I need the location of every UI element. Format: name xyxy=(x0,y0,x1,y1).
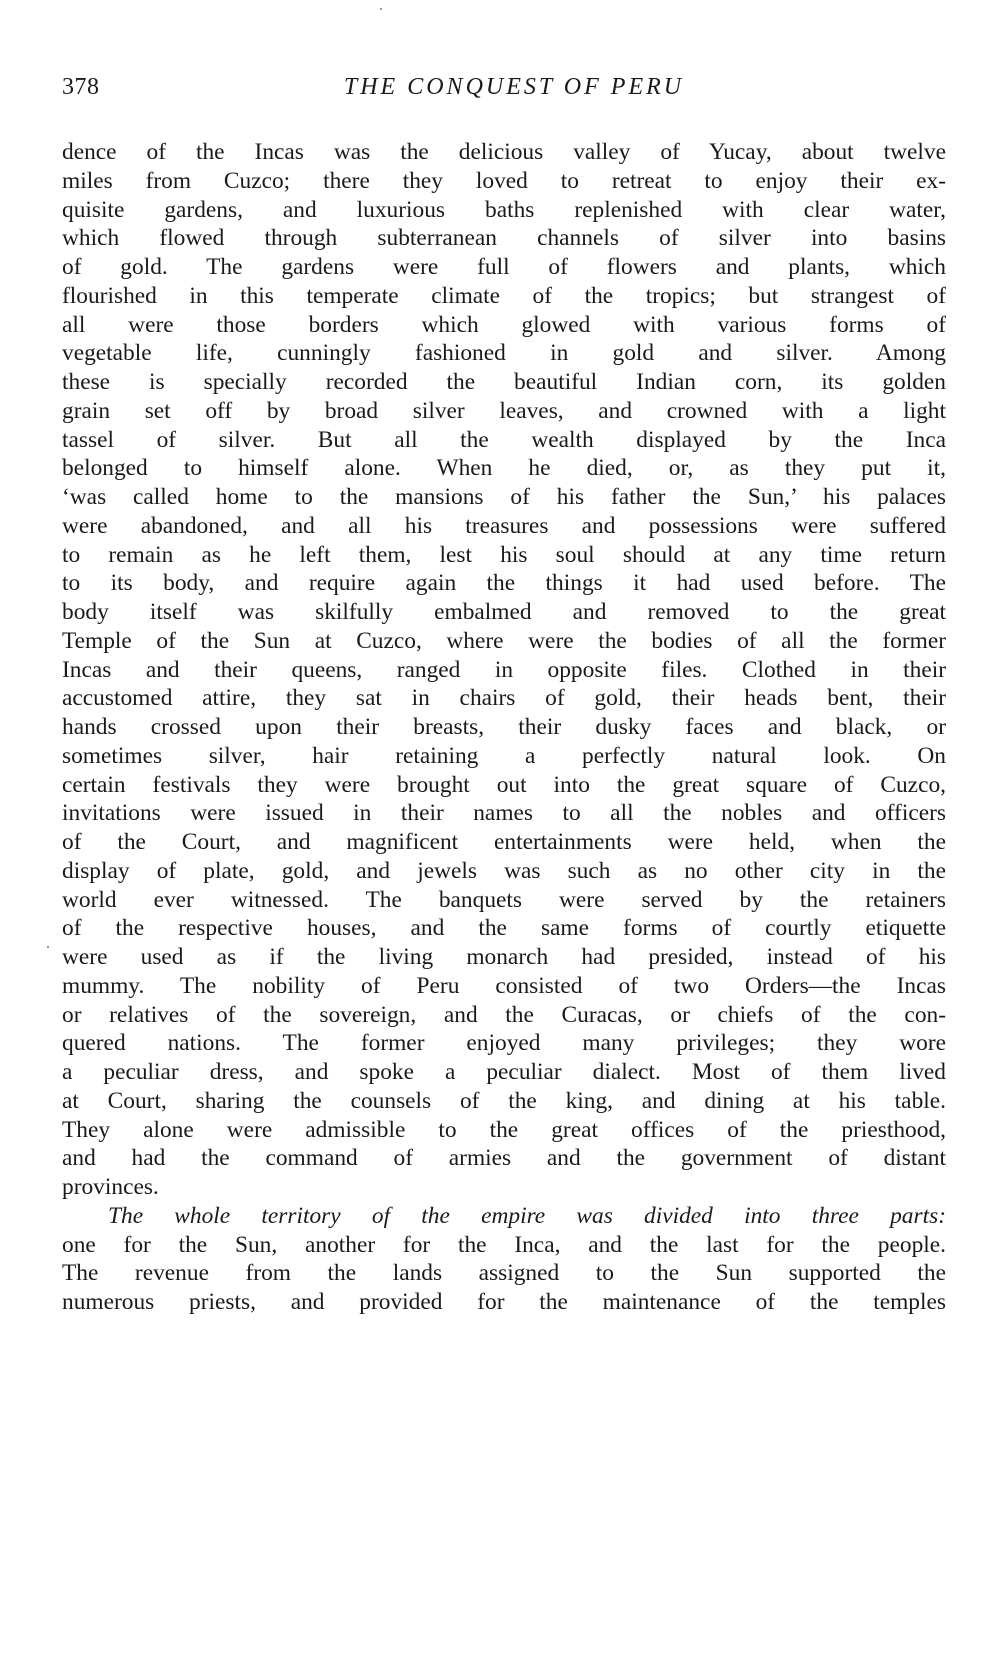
text-line: Incas and their queens, ranged in opposi… xyxy=(62,656,946,685)
text-line: The revenue from the lands assigned to t… xyxy=(62,1259,946,1288)
text-line: at Court, sharing the counsels of the ki… xyxy=(62,1087,946,1116)
text-line: vegetable life, cunningly fashioned in g… xyxy=(62,339,946,368)
text-line: belonged to himself alone. When he died,… xyxy=(62,454,946,483)
body-text: dence of the Incas was the delicious val… xyxy=(62,138,946,1317)
text-line: world ever witnessed. The banquets were … xyxy=(62,886,946,915)
text-line: which flowed through subterranean channe… xyxy=(62,224,946,253)
text-line: grain set off by broad silver leaves, an… xyxy=(62,397,946,426)
text-line: certain festivals they were brought out … xyxy=(62,771,946,800)
text-line: Temple of the Sun at Cuzco, where were t… xyxy=(62,627,946,656)
text-line: dence of the Incas was the delicious val… xyxy=(62,138,946,167)
text-line: body itself was skilfully embalmed and r… xyxy=(62,598,946,627)
text-line: or relatives of the sovereign, and the C… xyxy=(62,1001,946,1030)
text-line: numerous priests, and provided for the m… xyxy=(62,1288,946,1317)
text-line: sometimes silver, hair retaining a perfe… xyxy=(62,742,946,771)
running-title: THE CONQUEST OF PERU xyxy=(62,74,946,101)
text-line: mummy. The nobility of Peru consisted of… xyxy=(62,972,946,1001)
text-line: one for the Sun, another for the Inca, a… xyxy=(62,1231,946,1260)
text-line: quered nations. The former enjoyed many … xyxy=(62,1029,946,1058)
text-line: to remain as he left them, lest his soul… xyxy=(62,541,946,570)
text-line: miles from Cuzco; there they loved to re… xyxy=(62,167,946,196)
paragraph-end-line: provinces. xyxy=(62,1173,946,1202)
text-line: invitations were issued in their names t… xyxy=(62,799,946,828)
text-line: flourished in this temperate climate of … xyxy=(62,282,946,311)
text-line: these is specially recorded the beautifu… xyxy=(62,368,946,397)
text-line: display of plate, gold, and jewels was s… xyxy=(62,857,946,886)
text-line: hands crossed upon their breasts, their … xyxy=(62,713,946,742)
text-line: accustomed attire, they sat in chairs of… xyxy=(62,684,946,713)
paragraph-start-line: The whole territory of the empire was di… xyxy=(62,1202,946,1231)
text-line: ‘was called home to the mansions of his … xyxy=(62,483,946,512)
text-line: of gold. The gardens were full of flower… xyxy=(62,253,946,282)
text-line: were used as if the living monarch had p… xyxy=(62,943,946,972)
text-line: of the Court, and magnificent entertainm… xyxy=(62,828,946,857)
text-line: quisite gardens, and luxurious baths rep… xyxy=(62,196,946,225)
text-line: all were those borders which glowed with… xyxy=(62,311,946,340)
text-line: to its body, and require again the thing… xyxy=(62,569,946,598)
text-line: a peculiar dress, and spoke a peculiar d… xyxy=(62,1058,946,1087)
scan-speck xyxy=(47,946,49,948)
text-line: tassel of silver. But all the wealth dis… xyxy=(62,426,946,455)
scan-speck xyxy=(380,8,382,10)
text-line: of the respective houses, and the same f… xyxy=(62,914,946,943)
text-line: and had the command of armies and the go… xyxy=(62,1144,946,1173)
text-line: were abandoned, and all his treasures an… xyxy=(62,512,946,541)
text-line: They alone were admissible to the great … xyxy=(62,1116,946,1145)
running-header: 378 THE CONQUEST OF PERU xyxy=(62,74,946,106)
